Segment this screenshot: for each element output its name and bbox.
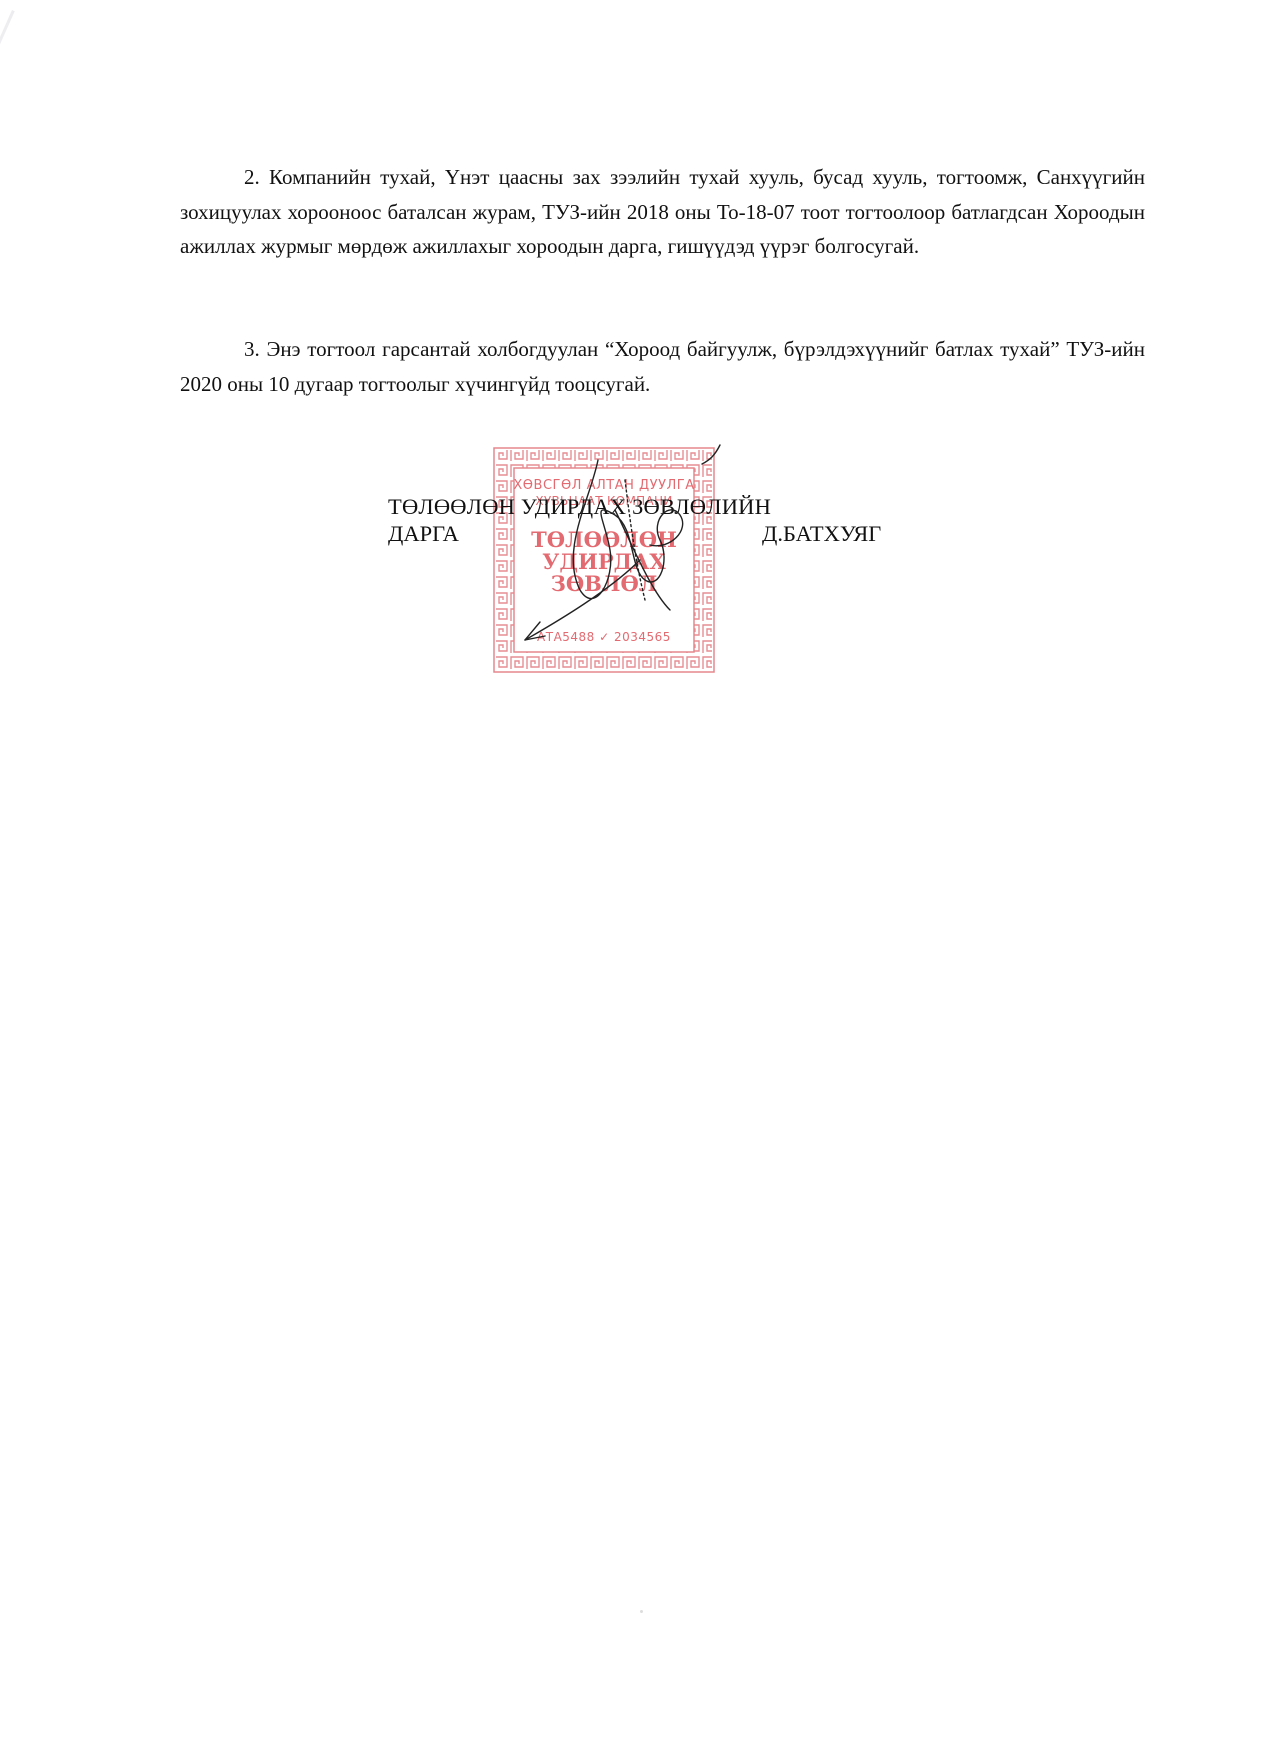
paragraph-text: Энэ тогтоол гарсантай холбогдуулан “Хоро… (180, 337, 1145, 396)
signatory-role: ДАРГА (388, 521, 459, 547)
paragraph-number: 2. (244, 165, 260, 189)
handwritten-signature-icon (520, 440, 740, 650)
signatory-name: Д.БАТХУЯГ (762, 521, 881, 547)
paragraph-text: Компанийн тухай, Үнэт цаасны зах зээлийн… (180, 165, 1145, 258)
paragraph-3: 3. Энэ тогтоол гарсантай холбогдуулан “Х… (180, 332, 1145, 401)
paragraph-number: 3. (244, 337, 260, 361)
paragraph-2: 2. Компанийн тухай, Үнэт цаасны зах зээл… (180, 160, 1145, 264)
scan-dust (640, 1610, 643, 1613)
scan-artifact (0, 10, 15, 176)
